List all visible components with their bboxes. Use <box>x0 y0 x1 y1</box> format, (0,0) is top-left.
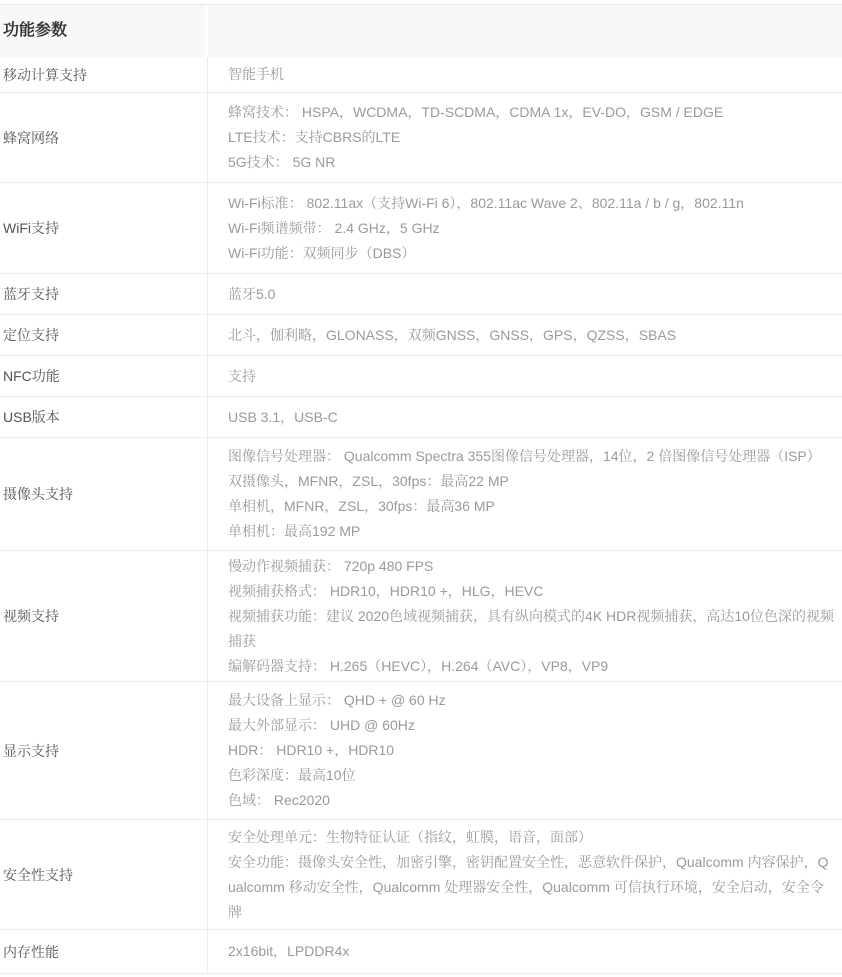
spec-value-camera: 图像信号处理器： Qualcomm Spectra 355图像信号处理器，14位… <box>208 438 842 550</box>
section-header-spacer <box>208 5 842 57</box>
spec-value-line: 支持 <box>228 364 836 389</box>
spec-value-line: 色彩深度：最高10位 <box>228 763 836 788</box>
spec-value-line: LTE技术：支持CBRS的LTE <box>228 125 836 150</box>
spec-value-line: Wi-Fi频谱频带： 2.4 GHz，5 GHz <box>228 216 836 241</box>
spec-row-cellular-network: 蜂窝网络蜂窝技术： HSPA，WCDMA，TD-SCDMA，CDMA 1x，EV… <box>0 93 842 183</box>
spec-value-line: 北斗，伽利略，GLONASS，双频GNSS，GNSS，GPS，QZSS，SBAS <box>228 323 836 348</box>
spec-value-line: 最大设备上显示： QHD + @ 60 Hz <box>228 688 836 713</box>
spec-value-line: 视频捕获格式： HDR10，HDR10 +，HLG，HEVC <box>228 579 836 604</box>
section-title: 功能参数 <box>0 5 208 57</box>
spec-label-mobile-computing: 移动计算支持 <box>0 57 208 92</box>
spec-label-video: 视频支持 <box>0 551 208 681</box>
spec-value-line: 2x16bit，LPDDR4x <box>228 939 836 964</box>
spec-value-usb: USB 3.1，USB-C <box>208 397 842 437</box>
spec-row-positioning: 定位支持北斗，伽利略，GLONASS，双频GNSS，GNSS，GPS，QZSS，… <box>0 315 842 356</box>
spec-value-line: 安全功能：摄像头安全性，加密引擎，密钥配置安全性，恶意软件保护，Qualcomm… <box>228 850 836 925</box>
spec-value-line: USB 3.1，USB-C <box>228 405 836 430</box>
spec-value-mobile-computing: 智能手机 <box>208 57 842 92</box>
spec-value-nfc: 支持 <box>208 356 842 396</box>
spec-row-usb: USB版本USB 3.1，USB-C <box>0 397 842 438</box>
spec-row-display: 显示支持最大设备上显示： QHD + @ 60 Hz最大外部显示： UHD @ … <box>0 682 842 820</box>
spec-value-line: HDR： HDR10 +，HDR10 <box>228 738 836 763</box>
spec-label-nfc: NFC功能 <box>0 356 208 396</box>
spec-row-video: 视频支持慢动作视频捕获： 720p 480 FPS视频捕获格式： HDR10，H… <box>0 551 842 682</box>
spec-value-positioning: 北斗，伽利略，GLONASS，双频GNSS，GNSS，GPS，QZSS，SBAS <box>208 315 842 355</box>
spec-value-line: 色域： Rec2020 <box>228 788 836 813</box>
spec-value-line: Wi-Fi功能：双频同步（DBS） <box>228 241 836 266</box>
spec-label-positioning: 定位支持 <box>0 315 208 355</box>
spec-value-security: 安全处理单元：生物特征认证（指纹，虹膜，语音，面部）安全功能：摄像头安全性，加密… <box>208 820 842 929</box>
spec-label-memory: 内存性能 <box>0 930 208 973</box>
spec-value-line: 双摄像头，MFNR，ZSL，30fps：最高22 MP <box>228 469 836 494</box>
spec-value-line: 智能手机 <box>228 62 836 87</box>
spec-value-line: 5G技术： 5G NR <box>228 150 836 175</box>
spec-value-line: 单相机：最高192 MP <box>228 519 836 544</box>
spec-value-line: 编解码器支持： H.265（HEVC），H.264（AVC），VP8，VP9 <box>228 654 836 679</box>
spec-value-line: 慢动作视频捕获： 720p 480 FPS <box>228 554 836 579</box>
spec-value-line: 蓝牙5.0 <box>228 282 836 307</box>
spec-label-wifi: WiFi支持 <box>0 183 208 273</box>
spec-label-camera: 摄像头支持 <box>0 438 208 550</box>
spec-value-cellular-network: 蜂窝技术： HSPA，WCDMA，TD-SCDMA，CDMA 1x，EV-DO，… <box>208 93 842 182</box>
spec-label-security: 安全性支持 <box>0 820 208 929</box>
spec-row-camera: 摄像头支持图像信号处理器： Qualcomm Spectra 355图像信号处理… <box>0 438 842 551</box>
spec-label-bluetooth: 蓝牙支持 <box>0 274 208 314</box>
spec-value-line: 最大外部显示： UHD @ 60Hz <box>228 713 836 738</box>
spec-label-usb: USB版本 <box>0 397 208 437</box>
spec-row-mobile-computing: 移动计算支持智能手机 <box>0 57 842 93</box>
spec-value-line: 图像信号处理器： Qualcomm Spectra 355图像信号处理器，14位… <box>228 444 836 469</box>
spec-rows: 移动计算支持智能手机蜂窝网络蜂窝技术： HSPA，WCDMA，TD-SCDMA，… <box>0 57 842 974</box>
spec-value-wifi: Wi-Fi标准： 802.11ax（支持Wi-Fi 6），802.11ac Wa… <box>208 183 842 273</box>
spec-value-line: 蜂窝技术： HSPA，WCDMA，TD-SCDMA，CDMA 1x，EV-DO，… <box>228 100 836 125</box>
spec-row-wifi: WiFi支持Wi-Fi标准： 802.11ax（支持Wi-Fi 6），802.1… <box>0 183 842 274</box>
spec-row-memory: 内存性能2x16bit，LPDDR4x <box>0 930 842 974</box>
section-header-row: 功能参数 <box>0 5 842 57</box>
spec-value-line: 安全处理单元：生物特征认证（指纹，虹膜，语音，面部） <box>228 825 836 850</box>
spec-row-nfc: NFC功能支持 <box>0 356 842 397</box>
spec-label-display: 显示支持 <box>0 682 208 819</box>
spec-value-memory: 2x16bit，LPDDR4x <box>208 930 842 973</box>
spec-value-line: 视频捕获功能：建议 2020色域视频捕获，具有纵向模式的4K HDR视频捕获，高… <box>228 604 836 654</box>
spec-row-security: 安全性支持安全处理单元：生物特征认证（指纹，虹膜，语音，面部）安全功能：摄像头安… <box>0 820 842 930</box>
spec-value-line: Wi-Fi标准： 802.11ax（支持Wi-Fi 6），802.11ac Wa… <box>228 191 836 216</box>
spec-value-line: 单相机，MFNR，ZSL，30fps：最高36 MP <box>228 494 836 519</box>
spec-label-cellular-network: 蜂窝网络 <box>0 93 208 182</box>
spec-row-bluetooth: 蓝牙支持蓝牙5.0 <box>0 274 842 315</box>
spec-value-display: 最大设备上显示： QHD + @ 60 Hz最大外部显示： UHD @ 60Hz… <box>208 682 842 819</box>
spec-table: 功能参数 移动计算支持智能手机蜂窝网络蜂窝技术： HSPA，WCDMA，TD-S… <box>0 0 842 974</box>
spec-value-video: 慢动作视频捕获： 720p 480 FPS视频捕获格式： HDR10，HDR10… <box>208 551 842 681</box>
spec-value-bluetooth: 蓝牙5.0 <box>208 274 842 314</box>
